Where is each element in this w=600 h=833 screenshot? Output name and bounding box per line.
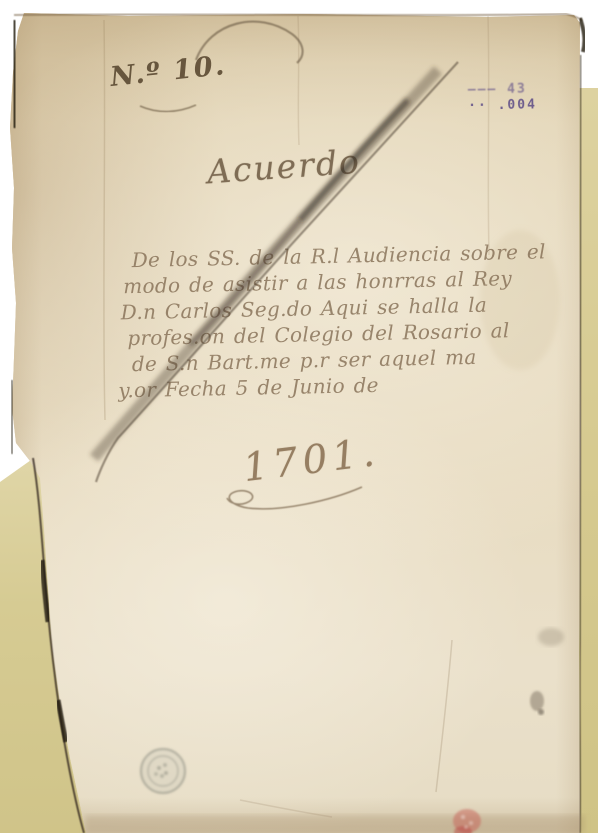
- stamp-line-2: ·· .004: [468, 97, 537, 114]
- body-text: De los SS. de la R.l Audiencia sobre el …: [115, 239, 538, 404]
- right-edge-curl: [580, 18, 584, 52]
- scanned-manuscript: N.º 10. Acuerdo De los SS. de la R.l Aud…: [0, 0, 600, 833]
- manuscript-page: [8, 13, 582, 833]
- archive-ink-stamp: ‒‒‒ 43 ·· .004: [468, 81, 537, 114]
- underlying-page-right-edge: [578, 88, 598, 833]
- torn-edge-mark-mid-left: [12, 380, 13, 454]
- stamp-line-1: ‒‒‒ 43: [468, 81, 537, 98]
